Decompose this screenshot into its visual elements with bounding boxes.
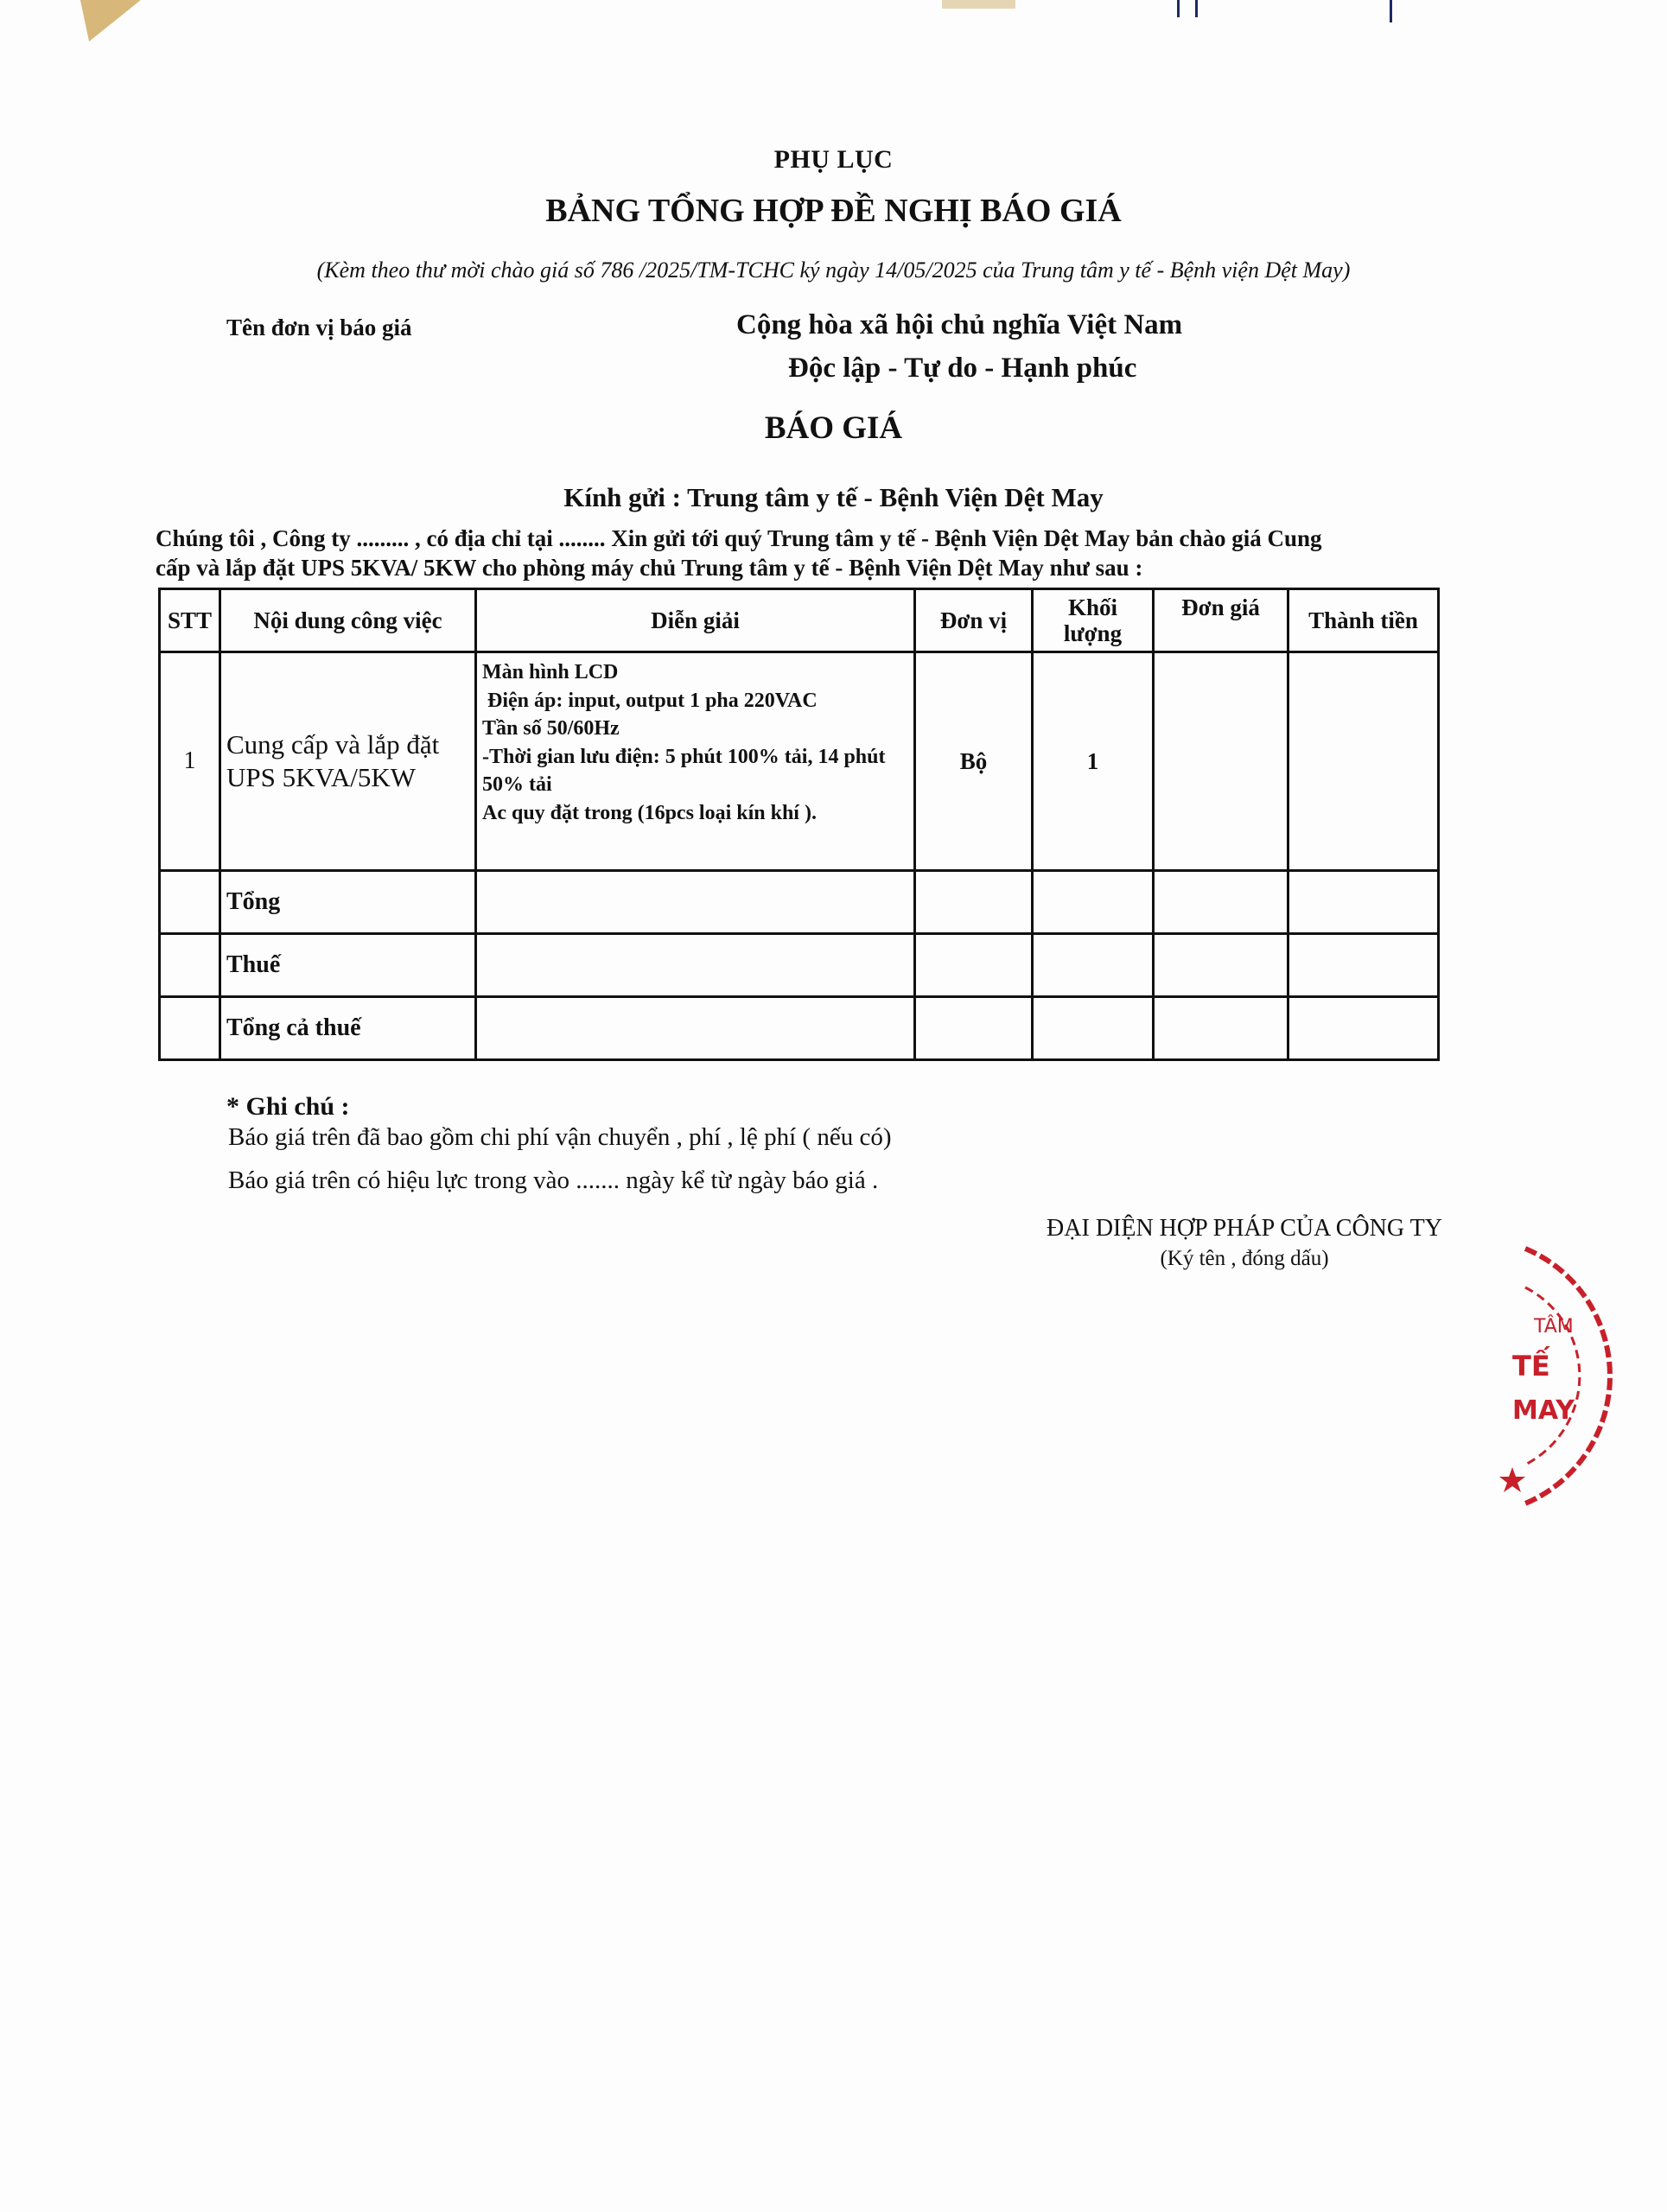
description-line: Ac quy đặt trong (16pcs loại kín khí ). (482, 799, 908, 828)
quote-table: STT Nội dung công việc Diễn giải Đơn vị … (158, 588, 1440, 1061)
cell-empty (915, 997, 1033, 1060)
pen-mark (1195, 0, 1198, 17)
cell-empty (160, 871, 220, 934)
cell-empty (1154, 997, 1288, 1060)
summary-row-total: Tổng (160, 871, 1439, 934)
paper-tab-artifact (80, 0, 150, 41)
column-header-quantity-label: Khối lượng (1059, 594, 1128, 646)
cell-empty (160, 997, 220, 1060)
appendix-title: PHỤ LỤC (0, 145, 1667, 175)
cell-quantity: 1 (1033, 652, 1154, 871)
column-header-stt: STT (160, 589, 220, 652)
national-motto-line1: Cộng hòa xã hội chủ nghĩa Việt Nam (736, 309, 1182, 341)
description-line: Màn hình LCD (482, 658, 908, 687)
quoting-unit-label: Tên đơn vị báo giá (226, 315, 412, 341)
cell-work: Cung cấp và lắp đặt UPS 5KVA/5KW (220, 652, 476, 871)
signature-title: ĐẠI DIỆN HỢP PHÁP CỦA CÔNG TY (1020, 1215, 1469, 1243)
cell-empty (160, 934, 220, 997)
cell-unit: Bộ (915, 652, 1033, 871)
table-row: 1 Cung cấp và lắp đặt UPS 5KVA/5KW Màn h… (160, 652, 1439, 871)
recipient-line: Kính gửi : Trung tâm y tế - Bệnh Viện Dệ… (0, 482, 1667, 513)
paper-tab-artifact (942, 0, 1015, 9)
quote-title: BÁO GIÁ (0, 410, 1667, 447)
column-header-work: Nội dung công việc (220, 589, 476, 652)
cell-empty (1033, 934, 1154, 997)
pen-mark (1177, 0, 1180, 17)
red-stamp-icon: TÂM TẾ MAY (1486, 1236, 1659, 1521)
description-line: Điện áp: input, output 1 pha 220VAC (482, 687, 908, 715)
stamp-text: TÂM (1533, 1315, 1574, 1338)
pen-mark (1390, 0, 1392, 22)
summary-label: Tổng cả thuế (220, 997, 476, 1060)
summary-label: Tổng (220, 871, 476, 934)
stamp-text: TẾ (1512, 1346, 1550, 1382)
description-line: -Thời gian lưu điện: 5 phút 100% tải, 14… (482, 743, 908, 799)
document-title: BẢNG TỔNG HỢP ĐỀ NGHỊ BÁO GIÁ (0, 192, 1667, 230)
cell-empty (915, 934, 1033, 997)
cell-empty (1154, 934, 1288, 997)
document-subtitle: (Kèm theo thư mời chào giá số 786 /2025/… (0, 257, 1667, 283)
signature-subtitle: (Ký tên , đóng dấu) (1020, 1247, 1469, 1271)
cell-amount (1288, 652, 1439, 871)
cell-empty (1033, 871, 1154, 934)
table-header-row: STT Nội dung công việc Diễn giải Đơn vị … (160, 589, 1439, 652)
cell-empty (1033, 997, 1154, 1060)
column-header-unit-price: Đơn giá (1154, 589, 1288, 652)
column-header-description: Diễn giải (476, 589, 915, 652)
cell-empty (1154, 871, 1288, 934)
notes-title: * Ghi chú : (226, 1092, 350, 1122)
summary-row-tax: Thuế (160, 934, 1439, 997)
intro-line: Chúng tôi , Công ty ......... , có địa c… (156, 524, 1435, 553)
note-item: Báo giá trên có hiệu lực trong vào .....… (228, 1166, 878, 1195)
summary-value (1288, 934, 1439, 997)
cell-stt: 1 (160, 652, 220, 871)
cell-empty (476, 997, 915, 1060)
intro-line: cấp và lắp đặt UPS 5KVA/ 5KW cho phòng m… (156, 553, 1435, 582)
cell-unit-price (1154, 652, 1288, 871)
stamp-text: MAY (1512, 1395, 1575, 1426)
cell-empty (476, 871, 915, 934)
cell-description: Màn hình LCD Điện áp: input, output 1 ph… (476, 652, 915, 871)
note-item: Báo giá trên đã bao gồm chi phí vận chuy… (228, 1123, 891, 1152)
summary-row-total-with-tax: Tổng cả thuế (160, 997, 1439, 1060)
cell-empty (476, 934, 915, 997)
column-header-quantity: Khối lượng (1033, 589, 1154, 652)
description-line: Tần số 50/60Hz (482, 715, 908, 743)
national-motto-line2: Độc lập - Tự do - Hạnh phúc (788, 353, 1136, 385)
summary-value (1288, 871, 1439, 934)
summary-value (1288, 997, 1439, 1060)
summary-label: Thuế (220, 934, 476, 997)
cell-empty (915, 871, 1033, 934)
column-header-amount: Thành tiền (1288, 589, 1439, 652)
intro-paragraph: Chúng tôi , Công ty ......... , có địa c… (156, 524, 1435, 582)
column-header-unit: Đơn vị (915, 589, 1033, 652)
